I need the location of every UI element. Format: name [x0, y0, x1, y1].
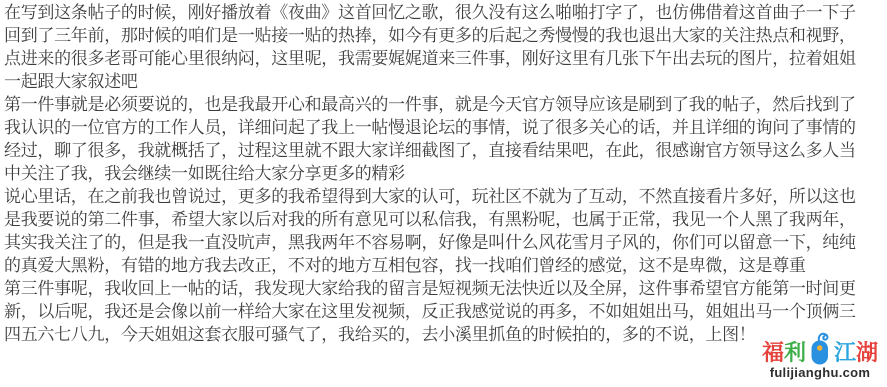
- text-line: 说心里话，在之前我也曾说过，更多的我希望得到大家的认可，玩社区不就为了互动，不然…: [4, 185, 887, 208]
- computer-mouse-icon: [808, 332, 832, 365]
- text-line: 是我要说的第二件事，希望大家以后对我的所有意见可以私信我，有黑粉呢，也属于正常，…: [4, 208, 887, 231]
- text-line: 我认识的一位官方的工作人员，详细问起了我上一帖慢退论坛的事情，说了很多关心的话，…: [4, 116, 887, 139]
- text-line: 其实我关注了的，但是我一直没吭声，黑我两年不容易啊，好像是叫什么风花雪月子风的，…: [4, 231, 887, 254]
- text-line: 一起跟大家叙述吧: [4, 70, 887, 93]
- watermark-fulijianghu: 福 利 江 湖 fulijianghu.com: [762, 332, 878, 380]
- text-line: 四五六七八九，今天姐姐这套衣服可骚气了，我给买的，去小溪里抓鱼的时候拍的，多的不…: [4, 323, 887, 346]
- text-line: 经过，聊了很多，我就概括了，过程这里就不跟大家详细截图了，直接看结果吧，在此，很…: [4, 139, 887, 162]
- post-body: 在写到这条帖子的时候，刚好播放着《夜曲》这首回忆之歌，很久没有这么啪啪打字了，也…: [4, 1, 887, 346]
- paragraph-first-matter: 第一件事就是必须要说的，也是我最开心和最高兴的一件事，就是今天官方领导应该是刷到…: [4, 93, 887, 185]
- watermark-domain-text: fulijianghu.com: [762, 366, 878, 380]
- text-line: 第三件事呢，我收回上一帖的话，我发现大家给我的留言是短视频无法快近以及全屏，这件…: [4, 277, 887, 300]
- paragraph-second-matter: 说心里话，在之前我也曾说过，更多的我希望得到大家的认可，玩社区不就为了互动，不然…: [4, 185, 887, 277]
- watermark-char-li: 利: [784, 341, 806, 365]
- watermark-logo: 福 利 江 湖: [762, 332, 878, 365]
- paragraph-third-matter: 第三件事呢，我收回上一帖的话，我发现大家给我的留言是短视频无法快近以及全屏，这件…: [4, 277, 887, 346]
- paragraph-intro: 在写到这条帖子的时候，刚好播放着《夜曲》这首回忆之歌，很久没有这么啪啪打字了，也…: [4, 1, 887, 93]
- watermark-char-hu: 湖: [856, 341, 878, 365]
- watermark-char-fu: 福: [762, 341, 784, 365]
- text-line: 第一件事就是必须要说的，也是我最开心和最高兴的一件事，就是今天官方领导应该是刷到…: [4, 93, 887, 116]
- text-line: 点进来的很多老哥可能心里很纳闷，这里呢，我需要娓娓道来三件事，刚好这里有几张下午…: [4, 47, 887, 70]
- text-line: 的真爱大黑粉，有错的地方我去改正，不对的地方互相包容，找一找咱们曾经的感觉，这不…: [4, 254, 887, 277]
- text-line: 在写到这条帖子的时候，刚好播放着《夜曲》这首回忆之歌，很久没有这么啪啪打字了，也…: [4, 1, 887, 24]
- watermark-char-jiang: 江: [834, 341, 856, 365]
- text-line: 新，以后呢，我还是会像以前一样给大家在这里发视频，反正我感觉说的再多，不如姐姐出…: [4, 300, 887, 323]
- text-line: 回到了三年前，那时候的咱们是一贴接一贴的热捧，如今有更多的后起之秀慢慢的我也退出…: [4, 24, 887, 47]
- text-line: 中关注了我，我会继续一如既往给大家分享更多的精彩: [4, 162, 887, 185]
